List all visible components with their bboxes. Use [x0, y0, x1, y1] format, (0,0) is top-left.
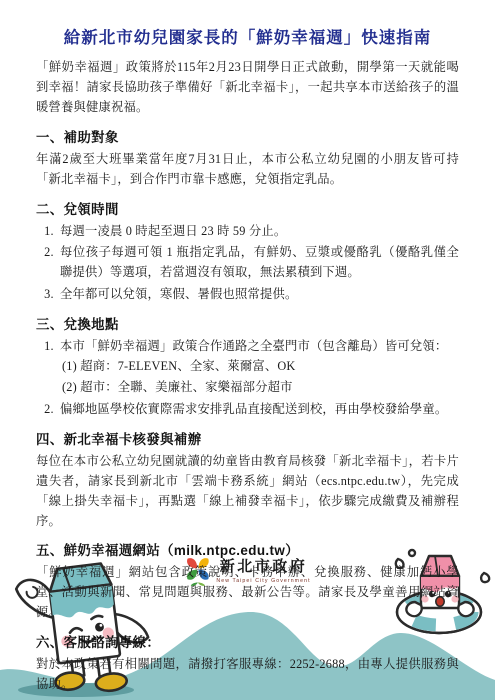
section-website: 五、鮮奶幸福週網站（milk.ntpc.edu.tw） 「鮮奶幸福週」網站包含政… — [36, 540, 459, 623]
section-body-4: 每位在本市公私立幼兒園就讀的幼童皆由教育局核發「新北幸福卡」，若卡片遺失者，請家… — [36, 452, 459, 532]
section-heading-5: 五、鮮奶幸福週網站（milk.ntpc.edu.tw） — [36, 540, 459, 559]
section-body-5: 「鮮奶幸福週」網站包含政策說明、卡務申辦、兌換服務、健康加鈣小學堂、活動與新聞、… — [36, 563, 459, 623]
list-item: 每週一凌晨 0 時起至週日 23 時 59 分止。 — [57, 222, 459, 242]
section-heading-1: 一、補助對象 — [36, 127, 459, 146]
section-heading-4: 四、新北幸福卡核發與補辦 — [36, 429, 459, 448]
document-content: 給新北市幼兒園家長的「鮮奶幸福週」快速指南 「鮮奶幸福週」政策將於115年2月2… — [0, 0, 495, 695]
section-heading-3: 三、兌換地點 — [36, 314, 459, 333]
section-card-issuance: 四、新北幸福卡核發與補辦 每位在本市公私立幼兒園就讀的幼童皆由教育局核發「新北幸… — [36, 429, 459, 532]
list-item-text: 本市「鮮奶幸福週」政策合作通路之全臺門市（包含離島）皆可兌領： — [60, 339, 447, 353]
redemption-time-list: 每週一凌晨 0 時起至週日 23 時 59 分止。 每位孩子每週可領 1 瓶指定… — [36, 222, 459, 306]
list-item-text: 全年都可以兌領，寒假、暑假也照常提供。 — [60, 287, 297, 301]
intro-paragraph: 「鮮奶幸福週」政策將於115年2月23日開學日正式啟動，開學第一天就能喝到幸福！… — [36, 58, 459, 118]
section-redemption-locations: 三、兌換地點 本市「鮮奶幸福週」政策合作通路之全臺門市（包含離島）皆可兌領： (… — [36, 314, 459, 420]
list-item: 本市「鮮奶幸福週」政策合作通路之全臺門市（包含離島）皆可兌領： (1) 超商：7… — [57, 337, 459, 398]
section-heading-6: 六、客服諮詢專線： — [36, 632, 459, 651]
section-subsidy-targets: 一、補助對象 年滿2歲至大班畢業當年度7月31日止，本市公私立幼兒園的小朋友皆可… — [36, 127, 459, 190]
list-item-text: 每位孩子每週可領 1 瓶指定乳品，有鮮奶、豆漿或優酪乳（優酪乳僅全聯提供）等選項… — [60, 245, 459, 279]
section-heading-2: 二、兌領時間 — [36, 199, 459, 218]
list-item-text: 每週一凌晨 0 時起至週日 23 時 59 分止。 — [60, 224, 286, 238]
list-item: 全年都可以兌領，寒假、暑假也照常提供。 — [57, 285, 459, 305]
list-item: 偏鄉地區學校依實際需求安排乳品直接配送到校，再由學校發給學童。 — [57, 400, 459, 420]
list-item-text: 偏鄉地區學校依實際需求安排乳品直接配送到校，再由學校發給學童。 — [60, 402, 447, 416]
section-body-6: 對於本政策若有相關問題，請撥打客服專線：2252-2688，由專人提供服務與協助… — [36, 655, 459, 695]
sub-item-convenience-stores: (1) 超商：7-ELEVEN、全家、萊爾富、OK — [62, 357, 459, 377]
section-body-1: 年滿2歲至大班畢業當年度7月31日止，本市公私立幼兒園的小朋友皆可持「新北幸福卡… — [36, 150, 459, 190]
document-page: 給新北市幼兒園家長的「鮮奶幸福週」快速指南 「鮮奶幸福週」政策將於115年2月2… — [0, 0, 495, 700]
section-redemption-time: 二、兌領時間 每週一凌晨 0 時起至週日 23 時 59 分止。 每位孩子每週可… — [36, 199, 459, 306]
page-title: 給新北市幼兒園家長的「鮮奶幸福週」快速指南 — [36, 24, 459, 48]
redemption-locations-list: 本市「鮮奶幸福週」政策合作通路之全臺門市（包含離島）皆可兌領： (1) 超商：7… — [36, 337, 459, 420]
sub-item-supermarkets: (2) 超市：全聯、美廉社、家樂福部分超市 — [62, 378, 459, 398]
section-hotline: 六、客服諮詢專線： 對於本政策若有相關問題，請撥打客服專線：2252-2688，… — [36, 632, 459, 695]
list-item: 每位孩子每週可領 1 瓶指定乳品，有鮮奶、豆漿或優酪乳（優酪乳僅全聯提供）等選項… — [57, 243, 459, 283]
